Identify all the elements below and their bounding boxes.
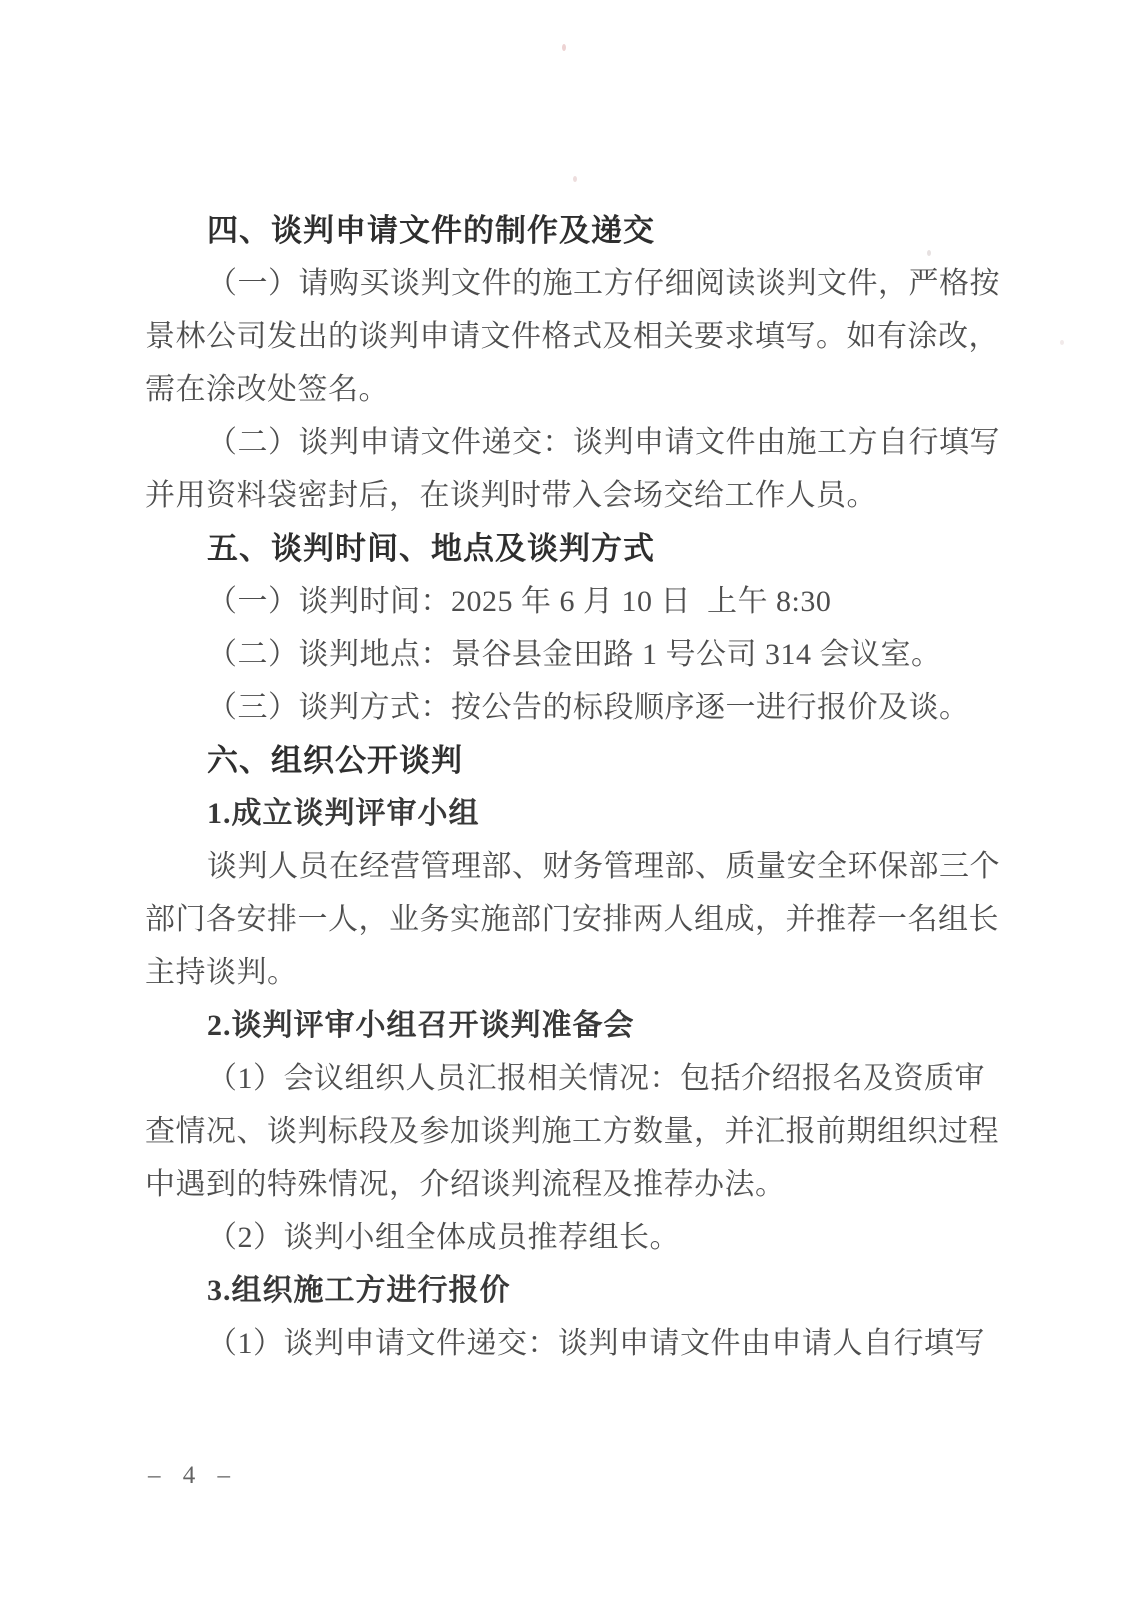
section-6-sub-2-para-1-line-3: 中遇到的特殊情况，介绍谈判流程及推荐办法。: [145, 1158, 990, 1211]
scan-artifact: [573, 176, 577, 182]
section-6-sub-1-para-line-1: 谈判人员在经营管理部、财务管理部、质量安全环保部三个: [145, 840, 990, 893]
document-body: 四、谈判申请文件的制作及递交 （一）请购买谈判文件的施工方仔细阅读谈判文件，严格…: [145, 204, 990, 1370]
section-6-sub-3-para-line-1: （1）谈判申请文件递交：谈判申请文件由申请人自行填写: [145, 1317, 990, 1370]
section-5-item-location: （二）谈判地点：景谷县金田路 1 号公司 314 会议室。: [145, 628, 990, 681]
section-6-sub-2-para-1-line-1: （1）会议组织人员汇报相关情况：包括介绍报名及资质审: [145, 1052, 990, 1105]
scan-artifact: [1060, 340, 1064, 345]
document-page: 四、谈判申请文件的制作及递交 （一）请购买谈判文件的施工方仔细阅读谈判文件，严格…: [0, 0, 1130, 1600]
page-number: – 4 –: [148, 1458, 238, 1494]
section-6-sub-2-heading: 2.谈判评审小组召开谈判准备会: [145, 999, 990, 1052]
section-4-para-2-line-2: 并用资料袋密封后，在谈判时带入会场交给工作人员。: [145, 469, 990, 522]
section-4-para-1-line-1: （一）请购买谈判文件的施工方仔细阅读谈判文件，严格按: [145, 257, 990, 310]
section-6-sub-1-para-line-3: 主持谈判。: [145, 946, 990, 999]
section-6-sub-2-para-2-line-1: （2）谈判小组全体成员推荐组长。: [145, 1211, 990, 1264]
section-5-item-method: （三）谈判方式：按公告的标段顺序逐一进行报价及谈。: [145, 681, 990, 734]
section-6-sub-1-heading: 1.成立谈判评审小组: [145, 787, 990, 840]
section-5-heading: 五、谈判时间、地点及谈判方式: [145, 522, 990, 575]
section-4-heading: 四、谈判申请文件的制作及递交: [145, 204, 990, 257]
section-6-heading: 六、组织公开谈判: [145, 734, 990, 787]
section-4-para-1-line-3: 需在涂改处签名。: [145, 363, 990, 416]
section-5-item-time: （一）谈判时间：2025 年 6 月 10 日 上午 8:30: [145, 575, 990, 628]
section-6-sub-3-heading: 3.组织施工方进行报价: [145, 1264, 990, 1317]
section-4-para-2-line-1: （二）谈判申请文件递交：谈判申请文件由施工方自行填写: [145, 416, 990, 469]
section-6-sub-2-para-1-line-2: 查情况、谈判标段及参加谈判施工方数量，并汇报前期组织过程: [145, 1105, 990, 1158]
section-6-sub-1-para-line-2: 部门各安排一人，业务实施部门安排两人组成，并推荐一名组长: [145, 893, 990, 946]
scan-artifact: [562, 44, 566, 51]
section-4-para-1-line-2: 景林公司发出的谈判申请文件格式及相关要求填写。如有涂改，: [145, 310, 990, 363]
